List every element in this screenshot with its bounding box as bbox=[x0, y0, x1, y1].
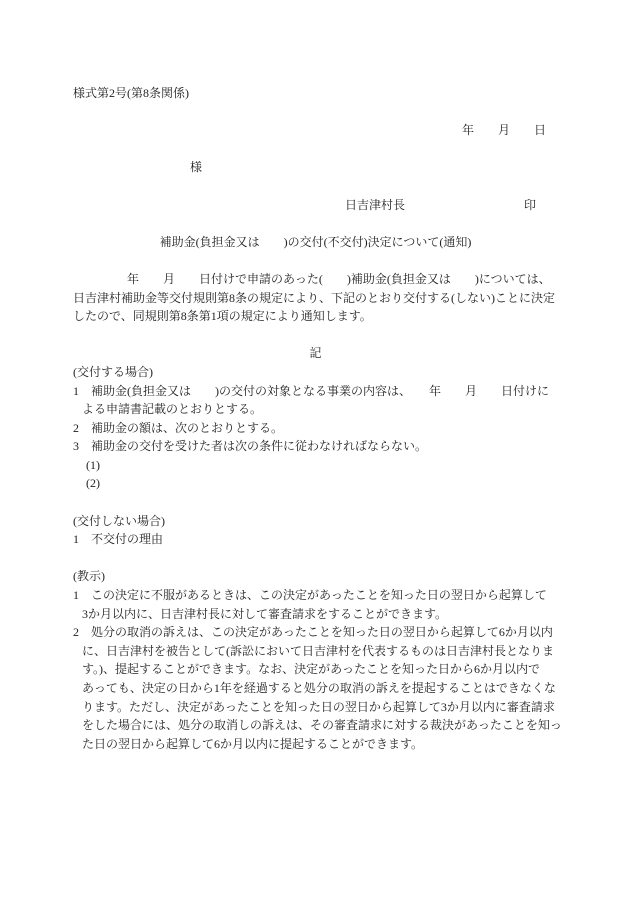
intro-line-1: 年 月 日付けで申請のあった( )補助金(負担金又は )については、 bbox=[73, 270, 558, 289]
grant-item-3-sub-2: (2) bbox=[73, 474, 558, 493]
instruction-2-line-5: ります。ただし、決定があったことを知った日の翌日から起算して3か月以内に審査請求 bbox=[73, 698, 558, 717]
instruction-2-line-2: に、日吉津村を被告として(訴訟において日吉津村を代表するものは日吉津村長となりま bbox=[73, 642, 558, 661]
instruction-2-line-6: をした場合には、処分の取消しの訴えは、その審査請求に対する裁決があったことを知っ bbox=[73, 716, 558, 735]
issuer-title: 日吉津村長 bbox=[345, 198, 405, 212]
instruction-1-line-2: 3か月以内に、日吉津村長に対して審査請求をすることができます。 bbox=[73, 605, 558, 624]
grant-item-3-sub-1: (1) bbox=[73, 456, 558, 475]
intro-line-3: したので、同規則第8条第1項の規定により通知します。 bbox=[73, 307, 558, 326]
instruction-2-line-1: 2 処分の取消の訴えは、この決定があったことを知った日の翌日から起算して6か月以… bbox=[73, 623, 558, 642]
issuer-line: 日吉津村長印 bbox=[73, 196, 558, 215]
date-line: 年 月 日 bbox=[73, 121, 558, 140]
no-grant-item-1: 1 不交付の理由 bbox=[73, 530, 558, 549]
document-page: 様式第2号(第8条関係) 年 月 日 様 日吉津村長印 補助金(負担金又は )の… bbox=[0, 0, 630, 915]
grant-item-3: 3 補助金の交付を受けた者は次の条件に従わなければならない。 bbox=[73, 437, 558, 456]
form-number: 様式第2号(第8条関係) bbox=[73, 84, 558, 103]
document-title: 補助金(負担金又は )の交付(不交付)決定について(通知) bbox=[73, 233, 558, 252]
grant-item-1-line-2: よる申請書記載のとおりとする。 bbox=[73, 400, 558, 419]
instruction-2-line-4: あっても、決定の日から1年を経過すると処分の取消の訴えを提起することはできなくな bbox=[73, 679, 558, 698]
grant-item-2: 2 補助金の額は、次のとおりとする。 bbox=[73, 419, 558, 438]
grant-item-1-line-1: 1 補助金(負担金又は )の交付の対象となる事業の内容は、 年 月 日付けに bbox=[73, 382, 558, 401]
instruction-1-line-1: 1 この決定に不服があるときは、この決定があったことを知った日の翌日から起算して bbox=[73, 586, 558, 605]
instruction-2-line-7: た日の翌日から起算して6か月以内に提起することができます。 bbox=[73, 735, 558, 754]
instructions-heading: (教示) bbox=[73, 567, 558, 586]
intro-line-2: 日吉津村補助金等交付規則第8条の規定により、下記のとおり交付する(しない)ことに… bbox=[73, 289, 558, 308]
seal-mark: 印 bbox=[524, 198, 536, 212]
grant-case-heading: (交付する場合) bbox=[73, 363, 558, 382]
no-grant-heading: (交付しない場合) bbox=[73, 512, 558, 531]
addressee-line: 様 bbox=[73, 158, 558, 177]
record-marker: 記 bbox=[73, 344, 558, 363]
instruction-2-line-3: す。)、提起することができます。なお、決定があったことを知った日から6か月以内で bbox=[73, 660, 558, 679]
